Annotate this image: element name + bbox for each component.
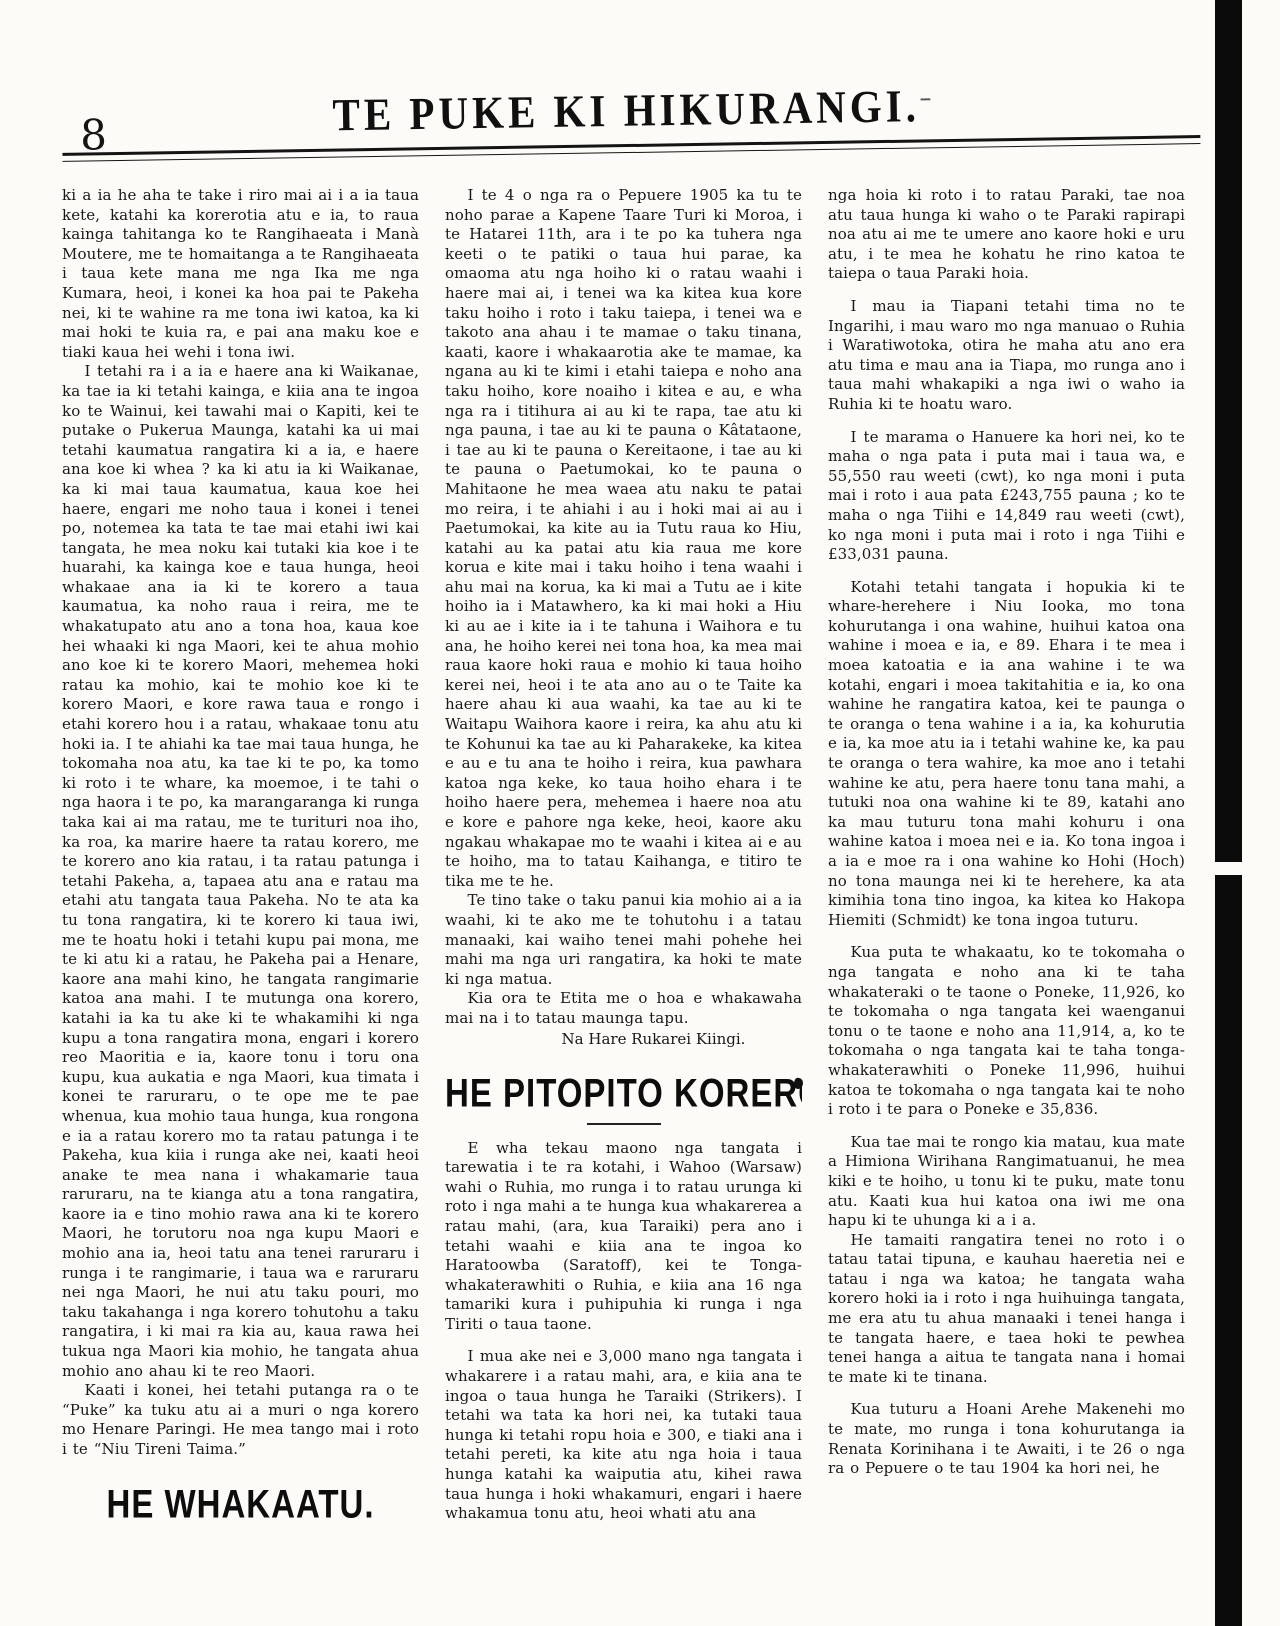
column-2: I te 4 o nga ra o Pepuere 1905 ka tu te … [445,186,802,1610]
body-paragraph: I mau ia Tiapani tetahi tima no te Ingar… [828,297,1185,415]
masthead-text: TE PUKE KI HIKURANGI. [332,80,920,141]
body-paragraph: I te marama o Hanuere ka hori nei, ko te… [828,428,1185,565]
scan-edge-notch [1215,862,1242,875]
body-paragraph: ki a ia he aha te take i riro mai ai i a… [62,186,419,362]
section-heading: HE PITOPITO KORERO. [445,1070,802,1116]
body-paragraph: Kia ora te Etita me o hoa e whakawaha ma… [445,989,802,1028]
column-3: nga hoia ki roto i to ratau Paraki, tae … [828,186,1185,1610]
section-heading: HE WHAKAATU. [62,1481,419,1527]
body-paragraph: Kua tae mai te rongo kia matau, kua mate… [828,1133,1185,1231]
body-paragraph: I mua ake nei e 3,000 mano nga tangata i… [445,1347,802,1523]
column-1: ki a ia he aha te take i riro mai ai i a… [62,186,419,1610]
scan-edge-bar [1215,0,1242,1626]
article-columns: ki a ia he aha te take i riro mai ai i a… [62,186,1185,1610]
body-paragraph: I te 4 o nga ra o Pepuere 1905 ka tu te … [445,186,802,891]
heading-rule [587,1123,661,1125]
newspaper-page: 8 TE PUKE KI HIKURANGI.-- ki a ia he aha… [0,0,1280,1626]
body-paragraph: I tetahi ra i a ia e haere ana ki Waikan… [62,362,419,1381]
page-header: 8 TE PUKE KI HIKURANGI.-- [62,77,1201,162]
body-paragraph: Kaati i konei, hei tetahi putanga ra o t… [62,1381,419,1459]
body-paragraph: nga hoia ki roto i to ratau Paraki, tae … [828,186,1185,284]
signature-line: Na Hare Rukarei Kiingi. [445,1029,802,1049]
body-paragraph: He tamaiti rangatira tenei no roto i o t… [828,1231,1185,1388]
body-paragraph: Kua tuturu a Hoani Arehe Makenehi mo te … [828,1400,1185,1478]
scan-dash-mark: -- [920,86,930,111]
body-paragraph: Kua puta te whakaatu, ko te tokomaha o n… [828,943,1185,1119]
body-paragraph: Te tino take o taku panui kia mohio ai a… [445,891,802,989]
body-paragraph: Kotahi tetahi tangata i hopukia ki te wh… [828,578,1185,931]
masthead-title: TE PUKE KI HIKURANGI.-- [61,74,1200,146]
body-paragraph: E wha tekau maono nga tangata i tarewati… [445,1139,802,1335]
